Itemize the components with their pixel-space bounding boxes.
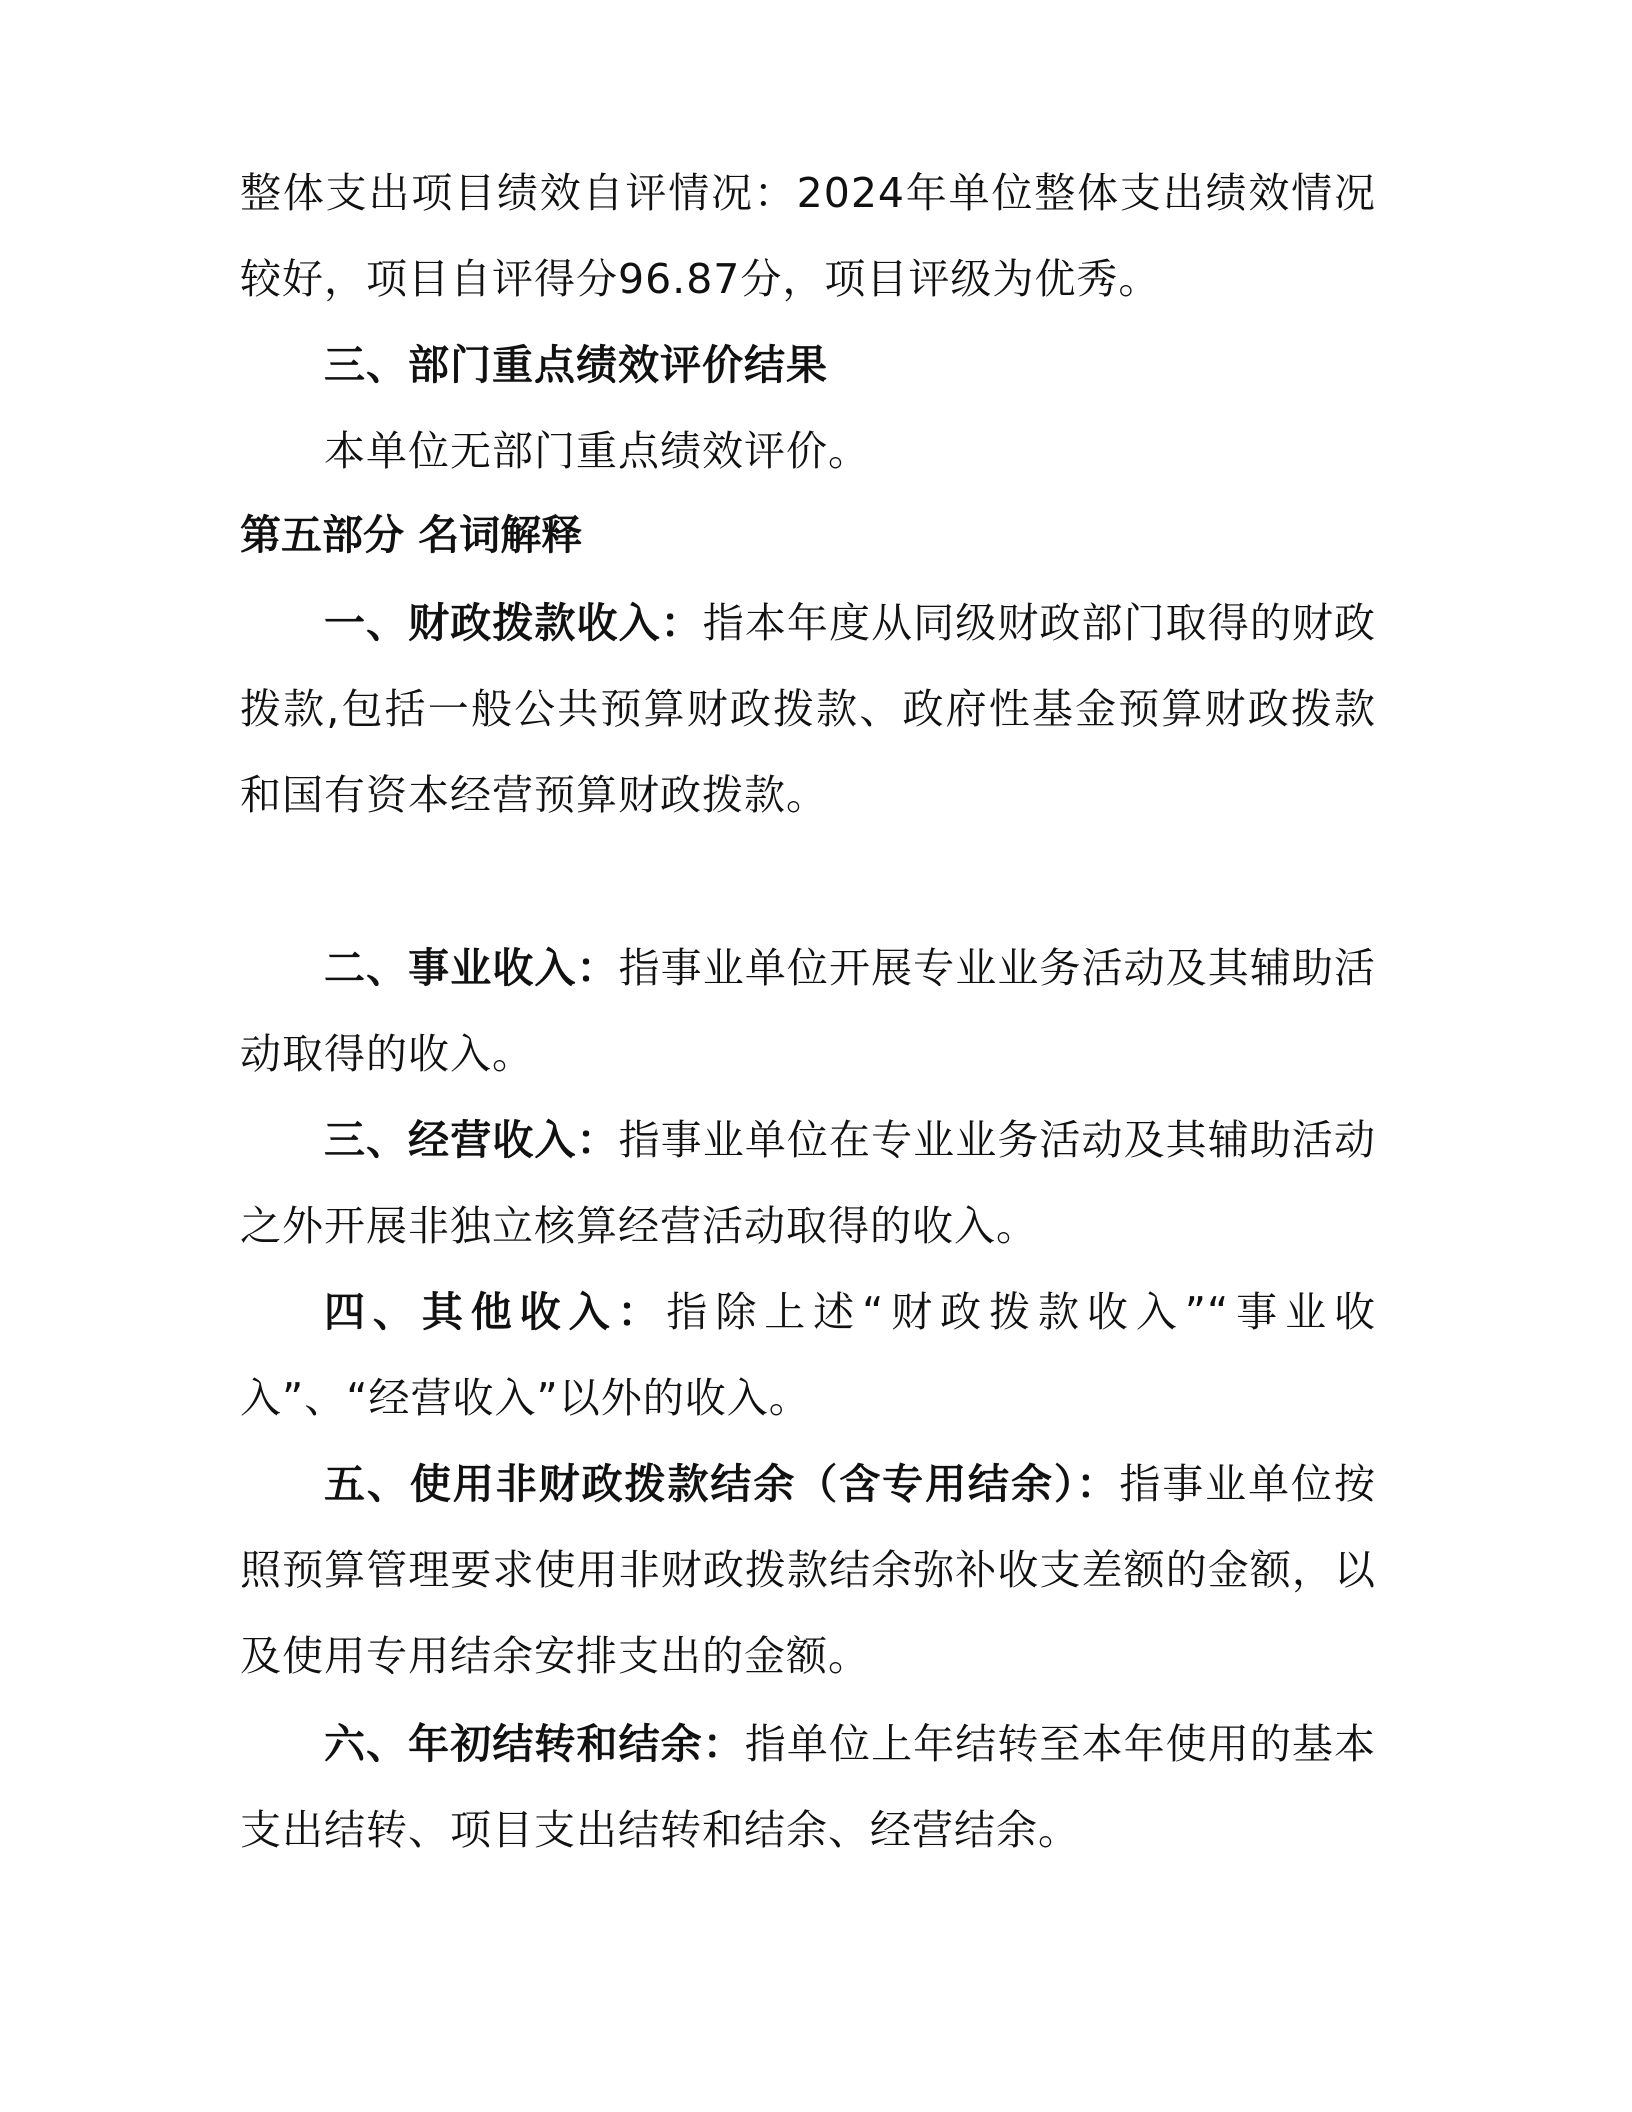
part-title: 第五部分 名词解释 xyxy=(240,492,1376,578)
term-definition: 五、使用非财政拨款结余（含专用结余）：指事业单位按照预算管理要求使用非财政拨款结… xyxy=(240,1441,1376,1699)
section-body: 本单位无部门重点绩效评价。 xyxy=(240,408,1376,494)
term-label: 二、事业收入： xyxy=(324,944,619,992)
section-heading: 三、部门重点绩效评价结果 xyxy=(240,322,1376,408)
term-definition: 三、经营收入：指事业单位在专业业务活动及其辅助活动之外开展非独立核算经营活动取得… xyxy=(240,1097,1376,1269)
intro-paragraph: 整体支出项目绩效自评情况：2024年单位整体支出绩效情况较好，项目自评得分96.… xyxy=(240,150,1376,322)
term-definition: 六、年初结转和结余：指单位上年结转至本年使用的基本支出结转、项目支出结转和结余、… xyxy=(240,1701,1376,1873)
term-definition: 四、其他收入：指除上述“财政拨款收入”“事业收入”、“经营收入”以外的收入。 xyxy=(240,1269,1376,1441)
term-label: 三、经营收入： xyxy=(324,1116,619,1164)
term-label: 五、使用非财政拨款结余（含专用结余）： xyxy=(324,1460,1119,1508)
term-label: 六、年初结转和结余： xyxy=(324,1720,745,1768)
term-definition: 一、财政拨款收入：指本年度从同级财政部门取得的财政拨款,包括一般公共预算财政拨款… xyxy=(240,580,1376,838)
term-label: 四、其他收入： xyxy=(324,1288,666,1336)
term-definition: 二、事业收入：指事业单位开展专业业务活动及其辅助活动取得的收入。 xyxy=(240,925,1376,1097)
term-label: 一、财政拨款收入： xyxy=(324,599,703,647)
